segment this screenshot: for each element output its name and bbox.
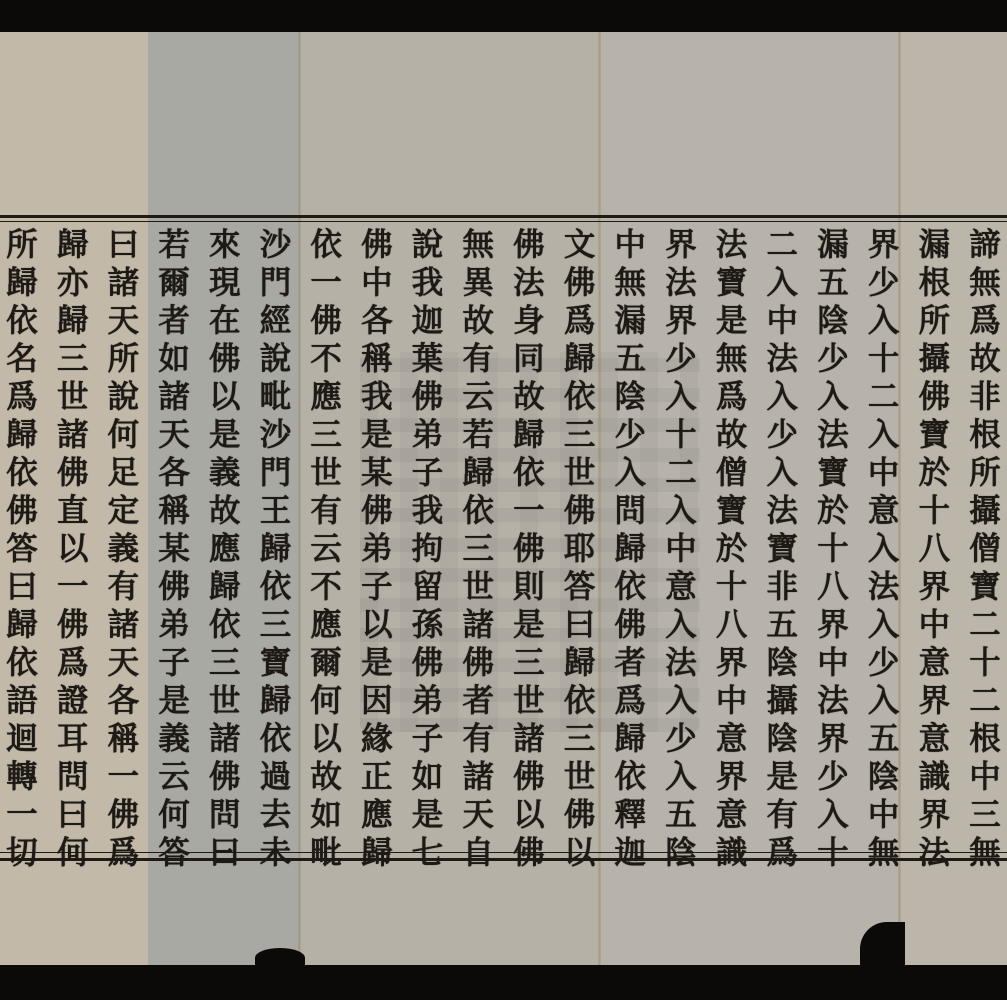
character: 法 bbox=[817, 682, 848, 720]
character: 佛 bbox=[310, 302, 341, 340]
character: 佛 bbox=[6, 492, 37, 530]
character: 是 bbox=[361, 416, 392, 454]
character: 八 bbox=[716, 606, 747, 644]
character: 一 bbox=[513, 492, 544, 530]
character: 佛 bbox=[108, 796, 139, 834]
character: 義 bbox=[209, 454, 240, 492]
character: 十 bbox=[716, 568, 747, 606]
character: 轉 bbox=[6, 758, 37, 796]
character: 十 bbox=[817, 834, 848, 872]
character: 根 bbox=[969, 416, 1000, 454]
character: 門 bbox=[260, 454, 291, 492]
character: 答 bbox=[6, 530, 37, 568]
character: 故 bbox=[462, 302, 493, 340]
character: 者 bbox=[158, 302, 189, 340]
character: 未 bbox=[260, 834, 291, 872]
character: 二 bbox=[767, 226, 798, 264]
character: 故 bbox=[716, 416, 747, 454]
character: 佛 bbox=[564, 264, 595, 302]
character: 正 bbox=[361, 758, 392, 796]
character: 依 bbox=[462, 492, 493, 530]
character: 以 bbox=[57, 530, 88, 568]
character: 三 bbox=[513, 644, 544, 682]
character: 依 bbox=[564, 378, 595, 416]
character: 釋 bbox=[615, 796, 646, 834]
character: 中 bbox=[767, 302, 798, 340]
character: 漏 bbox=[919, 226, 950, 264]
bottom-border-rule-inner bbox=[0, 852, 1007, 853]
character: 少 bbox=[665, 340, 696, 378]
character: 王 bbox=[260, 492, 291, 530]
character: 曰 bbox=[57, 796, 88, 834]
character: 沙 bbox=[260, 226, 291, 264]
character: 迦 bbox=[615, 834, 646, 872]
character: 中 bbox=[817, 644, 848, 682]
character: 入 bbox=[665, 682, 696, 720]
character: 漏 bbox=[817, 226, 848, 264]
character: 根 bbox=[969, 720, 1000, 758]
character: 界 bbox=[919, 568, 950, 606]
character: 門 bbox=[260, 264, 291, 302]
character: 應 bbox=[310, 606, 341, 644]
character: 孫 bbox=[412, 606, 443, 644]
character: 一 bbox=[57, 568, 88, 606]
character: 我 bbox=[412, 264, 443, 302]
character: 佛 bbox=[513, 530, 544, 568]
character: 佛 bbox=[513, 758, 544, 796]
character: 天 bbox=[158, 416, 189, 454]
character: 依 bbox=[310, 226, 341, 264]
character: 有 bbox=[462, 720, 493, 758]
character: 諸 bbox=[108, 606, 139, 644]
character: 直 bbox=[57, 492, 88, 530]
character: 天 bbox=[108, 302, 139, 340]
character: 諸 bbox=[209, 720, 240, 758]
character: 法 bbox=[767, 340, 798, 378]
character: 中 bbox=[919, 606, 950, 644]
character: 依 bbox=[615, 568, 646, 606]
character: 陰 bbox=[767, 644, 798, 682]
character: 界 bbox=[919, 682, 950, 720]
character: 少 bbox=[665, 720, 696, 758]
character: 陰 bbox=[767, 720, 798, 758]
character: 毗 bbox=[310, 834, 341, 872]
character: 不 bbox=[310, 340, 341, 378]
character: 過 bbox=[260, 758, 291, 796]
character: 異 bbox=[462, 264, 493, 302]
character: 中 bbox=[868, 454, 899, 492]
character: 應 bbox=[209, 530, 240, 568]
torn-edge bbox=[255, 948, 305, 968]
character: 稱 bbox=[361, 340, 392, 378]
character: 歸 bbox=[209, 568, 240, 606]
character: 弟 bbox=[412, 416, 443, 454]
character: 二 bbox=[665, 454, 696, 492]
character: 中 bbox=[716, 682, 747, 720]
character: 無 bbox=[969, 834, 1000, 872]
character: 云 bbox=[310, 530, 341, 568]
character: 弟 bbox=[412, 682, 443, 720]
character: 所 bbox=[108, 340, 139, 378]
character: 故 bbox=[969, 340, 1000, 378]
character: 無 bbox=[462, 226, 493, 264]
character: 說 bbox=[108, 378, 139, 416]
character: 意 bbox=[716, 720, 747, 758]
character: 爲 bbox=[615, 682, 646, 720]
character: 三 bbox=[564, 720, 595, 758]
character: 依 bbox=[6, 644, 37, 682]
character: 說 bbox=[260, 340, 291, 378]
character: 歸 bbox=[361, 834, 392, 872]
character: 歸 bbox=[260, 682, 291, 720]
character: 故 bbox=[513, 378, 544, 416]
character: 三 bbox=[462, 530, 493, 568]
character: 入 bbox=[665, 606, 696, 644]
character: 二 bbox=[969, 606, 1000, 644]
character: 問 bbox=[57, 758, 88, 796]
character: 一 bbox=[310, 264, 341, 302]
character: 因 bbox=[361, 682, 392, 720]
character: 法 bbox=[817, 416, 848, 454]
character: 無 bbox=[969, 264, 1000, 302]
character: 佛 bbox=[57, 606, 88, 644]
character: 子 bbox=[412, 454, 443, 492]
character: 有 bbox=[462, 340, 493, 378]
character: 歸 bbox=[564, 340, 595, 378]
character: 不 bbox=[310, 568, 341, 606]
top-border-rule-inner bbox=[0, 221, 1007, 222]
character: 應 bbox=[361, 796, 392, 834]
character: 若 bbox=[462, 416, 493, 454]
character: 何 bbox=[108, 416, 139, 454]
character: 界 bbox=[817, 720, 848, 758]
character: 寶 bbox=[767, 530, 798, 568]
character: 問 bbox=[209, 796, 240, 834]
character: 佛 bbox=[615, 606, 646, 644]
character: 五 bbox=[767, 606, 798, 644]
character: 是 bbox=[767, 758, 798, 796]
character: 中 bbox=[969, 758, 1000, 796]
character: 以 bbox=[513, 796, 544, 834]
character: 所 bbox=[6, 226, 37, 264]
character: 依 bbox=[615, 758, 646, 796]
character: 少 bbox=[767, 416, 798, 454]
character: 依 bbox=[260, 720, 291, 758]
character: 歸 bbox=[57, 226, 88, 264]
character: 是 bbox=[158, 682, 189, 720]
character: 非 bbox=[969, 378, 1000, 416]
character: 入 bbox=[868, 606, 899, 644]
character: 云 bbox=[462, 378, 493, 416]
character: 攝 bbox=[919, 340, 950, 378]
character: 於 bbox=[817, 492, 848, 530]
character: 佛 bbox=[209, 758, 240, 796]
character: 諸 bbox=[462, 606, 493, 644]
character: 僧 bbox=[716, 454, 747, 492]
character: 識 bbox=[716, 834, 747, 872]
character: 寶 bbox=[969, 568, 1000, 606]
character: 漏 bbox=[615, 302, 646, 340]
character: 入 bbox=[817, 796, 848, 834]
character: 佛 bbox=[361, 492, 392, 530]
character: 法 bbox=[513, 264, 544, 302]
character: 諸 bbox=[513, 720, 544, 758]
character: 依 bbox=[260, 568, 291, 606]
character: 者 bbox=[615, 644, 646, 682]
character: 諦 bbox=[969, 226, 1000, 264]
character: 諸 bbox=[57, 416, 88, 454]
character: 入 bbox=[767, 264, 798, 302]
character: 稱 bbox=[108, 720, 139, 758]
character: 所 bbox=[969, 454, 1000, 492]
character: 中 bbox=[868, 796, 899, 834]
character: 答 bbox=[158, 834, 189, 872]
character: 歸 bbox=[462, 454, 493, 492]
character: 切 bbox=[6, 834, 37, 872]
character: 寶 bbox=[716, 264, 747, 302]
character: 沙 bbox=[260, 416, 291, 454]
character: 諸 bbox=[462, 758, 493, 796]
character: 十 bbox=[969, 644, 1000, 682]
character: 云 bbox=[158, 758, 189, 796]
character: 識 bbox=[919, 758, 950, 796]
character: 入 bbox=[665, 758, 696, 796]
character: 七 bbox=[412, 834, 443, 872]
character: 依 bbox=[513, 454, 544, 492]
character: 是 bbox=[209, 416, 240, 454]
top-border-rule bbox=[0, 215, 1007, 218]
character: 世 bbox=[564, 454, 595, 492]
character: 中 bbox=[361, 264, 392, 302]
character: 入 bbox=[868, 416, 899, 454]
character: 佛 bbox=[564, 492, 595, 530]
character: 天 bbox=[108, 644, 139, 682]
character: 十 bbox=[817, 530, 848, 568]
character: 世 bbox=[57, 378, 88, 416]
character: 依 bbox=[6, 454, 37, 492]
character: 去 bbox=[260, 796, 291, 834]
character: 法 bbox=[716, 226, 747, 264]
character: 界 bbox=[817, 606, 848, 644]
character: 二 bbox=[868, 378, 899, 416]
character: 非 bbox=[767, 568, 798, 606]
character: 入 bbox=[868, 302, 899, 340]
character: 佛 bbox=[919, 378, 950, 416]
character: 界 bbox=[868, 226, 899, 264]
character: 一 bbox=[108, 758, 139, 796]
character: 界 bbox=[716, 758, 747, 796]
character: 自 bbox=[462, 834, 493, 872]
character: 曰 bbox=[209, 834, 240, 872]
character: 於 bbox=[919, 454, 950, 492]
character: 文 bbox=[564, 226, 595, 264]
character: 三 bbox=[209, 644, 240, 682]
character: 法 bbox=[665, 644, 696, 682]
character: 歸 bbox=[615, 720, 646, 758]
character: 問 bbox=[615, 492, 646, 530]
character: 佛 bbox=[412, 378, 443, 416]
character: 何 bbox=[57, 834, 88, 872]
character: 佛 bbox=[412, 644, 443, 682]
character: 中 bbox=[665, 530, 696, 568]
character: 足 bbox=[108, 454, 139, 492]
bottom-border-rule bbox=[0, 858, 1007, 861]
character: 諸 bbox=[158, 378, 189, 416]
character: 中 bbox=[615, 226, 646, 264]
character: 耶 bbox=[564, 530, 595, 568]
character: 佛 bbox=[513, 226, 544, 264]
character: 界 bbox=[716, 644, 747, 682]
character: 歸 bbox=[6, 264, 37, 302]
character: 爲 bbox=[564, 302, 595, 340]
character: 入 bbox=[817, 378, 848, 416]
character: 世 bbox=[462, 568, 493, 606]
character: 耳 bbox=[57, 720, 88, 758]
character: 意 bbox=[868, 492, 899, 530]
character: 攝 bbox=[969, 492, 1000, 530]
character: 各 bbox=[361, 302, 392, 340]
character: 歸 bbox=[513, 416, 544, 454]
character: 說 bbox=[412, 226, 443, 264]
character: 歸 bbox=[564, 644, 595, 682]
character: 寶 bbox=[716, 492, 747, 530]
character: 以 bbox=[310, 720, 341, 758]
character: 少 bbox=[868, 264, 899, 302]
character: 五 bbox=[868, 720, 899, 758]
character: 如 bbox=[310, 796, 341, 834]
character: 來 bbox=[209, 226, 240, 264]
character: 意 bbox=[919, 720, 950, 758]
character: 佛 bbox=[513, 834, 544, 872]
character: 佛 bbox=[209, 340, 240, 378]
character: 葉 bbox=[412, 340, 443, 378]
character: 入 bbox=[767, 378, 798, 416]
character: 故 bbox=[209, 492, 240, 530]
character: 亦 bbox=[57, 264, 88, 302]
character: 爾 bbox=[158, 264, 189, 302]
character: 曰 bbox=[564, 606, 595, 644]
character: 某 bbox=[361, 454, 392, 492]
character: 歸 bbox=[57, 302, 88, 340]
character: 意 bbox=[665, 568, 696, 606]
character: 某 bbox=[158, 530, 189, 568]
character: 五 bbox=[615, 340, 646, 378]
character: 諸 bbox=[108, 264, 139, 302]
character: 拘 bbox=[412, 530, 443, 568]
character: 八 bbox=[919, 530, 950, 568]
character: 子 bbox=[412, 720, 443, 758]
character: 爲 bbox=[57, 644, 88, 682]
text-column: 所歸依名爲歸依佛答曰歸依語迴轉一切 bbox=[0, 226, 52, 852]
character: 天 bbox=[462, 796, 493, 834]
character: 依 bbox=[209, 606, 240, 644]
character: 界 bbox=[665, 302, 696, 340]
character: 依 bbox=[564, 682, 595, 720]
character: 入 bbox=[665, 492, 696, 530]
character: 有 bbox=[310, 492, 341, 530]
character: 各 bbox=[158, 454, 189, 492]
character: 何 bbox=[310, 682, 341, 720]
character: 是 bbox=[513, 606, 544, 644]
character: 三 bbox=[260, 606, 291, 644]
character: 我 bbox=[412, 492, 443, 530]
character: 名 bbox=[6, 340, 37, 378]
character: 八 bbox=[817, 568, 848, 606]
character: 十 bbox=[665, 416, 696, 454]
character: 是 bbox=[361, 644, 392, 682]
character: 若 bbox=[158, 226, 189, 264]
character: 三 bbox=[310, 416, 341, 454]
character: 爲 bbox=[716, 378, 747, 416]
character: 爾 bbox=[310, 644, 341, 682]
character: 入 bbox=[615, 454, 646, 492]
character: 弟 bbox=[158, 606, 189, 644]
character: 迦 bbox=[412, 302, 443, 340]
character: 語 bbox=[6, 682, 37, 720]
character: 三 bbox=[57, 340, 88, 378]
character: 弟 bbox=[361, 530, 392, 568]
character: 無 bbox=[615, 264, 646, 302]
character: 緣 bbox=[361, 720, 392, 758]
character: 十 bbox=[919, 492, 950, 530]
character: 則 bbox=[513, 568, 544, 606]
character: 入 bbox=[868, 530, 899, 568]
character: 在 bbox=[209, 302, 240, 340]
character: 爲 bbox=[6, 378, 37, 416]
character: 爲 bbox=[108, 834, 139, 872]
character: 少 bbox=[868, 644, 899, 682]
character: 曰 bbox=[6, 568, 37, 606]
character: 所 bbox=[919, 302, 950, 340]
character: 迴 bbox=[6, 720, 37, 758]
character: 無 bbox=[868, 834, 899, 872]
character: 定 bbox=[108, 492, 139, 530]
character: 同 bbox=[513, 340, 544, 378]
character: 意 bbox=[919, 644, 950, 682]
character: 世 bbox=[513, 682, 544, 720]
character: 歸 bbox=[6, 606, 37, 644]
character: 義 bbox=[108, 530, 139, 568]
character: 寶 bbox=[260, 644, 291, 682]
character: 意 bbox=[716, 796, 747, 834]
character: 如 bbox=[412, 758, 443, 796]
character: 如 bbox=[158, 340, 189, 378]
character: 歸 bbox=[615, 530, 646, 568]
character: 世 bbox=[209, 682, 240, 720]
character: 無 bbox=[716, 340, 747, 378]
character: 三 bbox=[564, 416, 595, 454]
character: 少 bbox=[615, 416, 646, 454]
character: 是 bbox=[412, 796, 443, 834]
character: 有 bbox=[108, 568, 139, 606]
character: 法 bbox=[868, 568, 899, 606]
character: 界 bbox=[919, 796, 950, 834]
character: 稱 bbox=[158, 492, 189, 530]
character: 子 bbox=[361, 568, 392, 606]
character: 五 bbox=[817, 264, 848, 302]
character: 佛 bbox=[462, 644, 493, 682]
character: 爲 bbox=[767, 834, 798, 872]
character: 陰 bbox=[665, 834, 696, 872]
character: 世 bbox=[310, 454, 341, 492]
character: 以 bbox=[209, 378, 240, 416]
character: 現 bbox=[209, 264, 240, 302]
character: 寶 bbox=[817, 454, 848, 492]
character: 佛 bbox=[564, 796, 595, 834]
character: 入 bbox=[665, 378, 696, 416]
character: 證 bbox=[57, 682, 88, 720]
character: 答 bbox=[564, 568, 595, 606]
